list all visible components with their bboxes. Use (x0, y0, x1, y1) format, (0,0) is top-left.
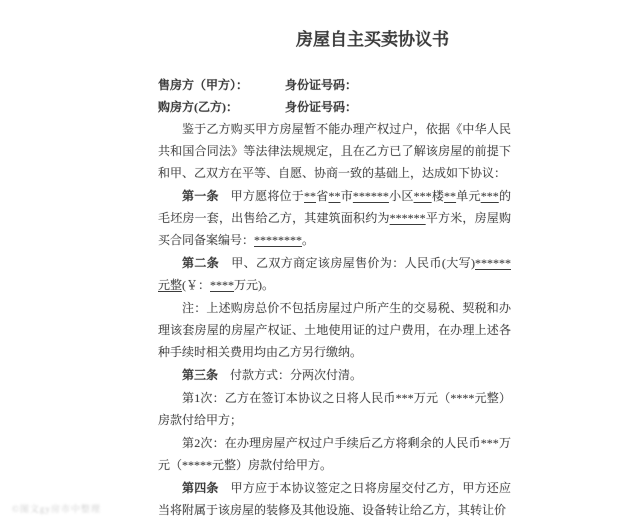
paragraph-note: 注：上述购房总价不包括房屋过户所产生的交易税、契税和办理该套房屋的房屋产权证、土… (158, 297, 511, 363)
seller-label: 售房方（甲方）： (158, 74, 282, 96)
document-title: 房屋自主买卖协议书 (296, 25, 449, 50)
seller-id-label: 身份证号码： (285, 78, 357, 92)
paragraph-payment-2: 第2次：在办理房屋产权过户手续后乙方将剩余的人民币***万元（*****元整）房… (158, 432, 511, 476)
seller-row: 售房方（甲方）： 身份证号码： (158, 74, 511, 96)
paragraph-preamble: 鉴于乙方购买甲方房屋暂不能办理产权过户，依据《中华人民共和国合同法》等法律法规规… (158, 118, 511, 184)
document-page: 房屋自主买卖协议书 售房方（甲方）： 身份证号码： 购房方(乙方)： 身份证号码… (0, 0, 640, 527)
buyer-id-label: 身份证号码： (285, 100, 357, 114)
paragraph-article-1: 第一条甲方愿将位于**省**市******小区***楼**单元***的毛坯房一套… (158, 185, 511, 251)
buyer-row: 购房方(乙方)： 身份证号码： (158, 96, 511, 118)
paragraph-article-4: 第四条甲方应于本协议签定之日将房屋交付乙方，甲方还应当将附属于该房屋的装修及其他… (158, 477, 511, 521)
paragraph-payment-1: 第1次：乙方在签订本协议之日将人民币***万元（****元整）房款付给甲方； (158, 387, 511, 431)
paragraph-article-3: 第三条付款方式：分两次付清。 (158, 364, 511, 386)
watermark: ©图文gy房市中整理 (12, 502, 101, 515)
paragraph-article-2: 第二条甲、乙双方商定该房屋售价为：人民币(大写)******元整(￥：****万… (158, 252, 511, 296)
document-body: 售房方（甲方）： 身份证号码： 购房方(乙方)： 身份证号码： 鉴于乙方购买甲方… (158, 74, 511, 522)
buyer-label: 购房方(乙方)： (158, 96, 282, 118)
